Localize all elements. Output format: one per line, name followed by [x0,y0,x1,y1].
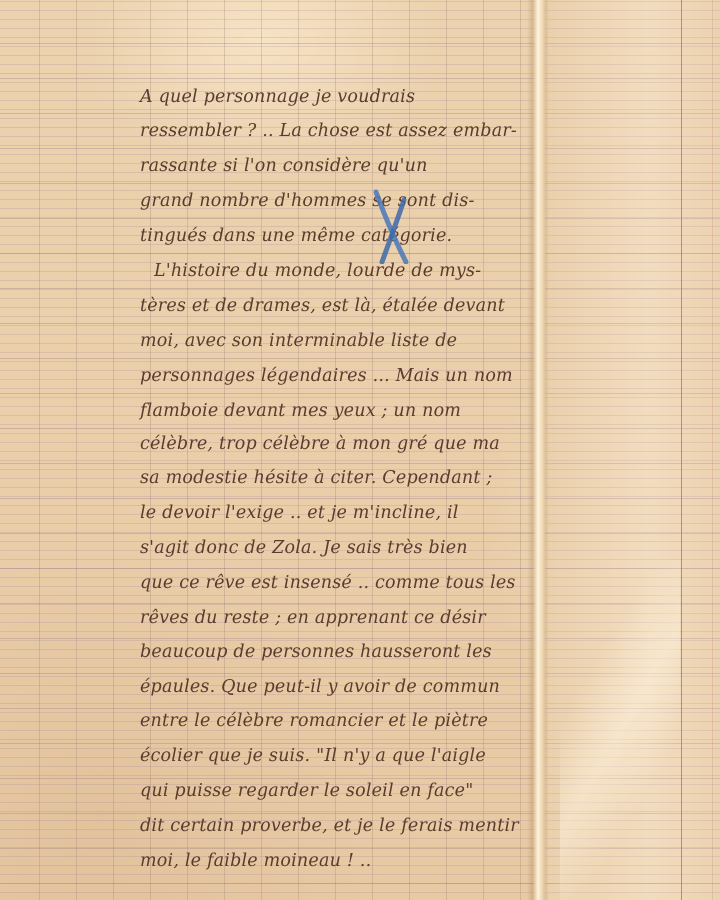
text-line: dit certain proverbe, et je le ferais me… [140,815,519,837]
text-line: que ce rêve est insensé .. comme tous le… [140,572,516,594]
text-line: tères et de drames, est là, étalée devan… [140,295,505,317]
text-line: écolier que je suis. "Il n'y a que l'aig… [140,745,486,767]
text-line: rêves du reste ; en apprenant ce désir [140,607,486,629]
text-line: entre le célèbre romancier et le piètre [140,710,488,732]
text-line: moi, le faible moineau ! .. [140,850,371,872]
text-line: sa modestie hésite à citer. Cependant ; [140,467,492,489]
notebook-page: A quel personnage je voudrais ressembler… [0,0,720,900]
text-line: grand nombre d'hommes se sont dis- [140,190,475,212]
handwritten-text: A quel personnage je voudrais ressembler… [140,0,535,900]
red-margin-line [681,0,682,900]
text-line: qui puisse regarder le soleil en face" [140,780,473,802]
text-line: épaules. Que peut-il y avoir de commun [140,676,500,698]
text-line: L'histoire du monde, lourde de mys- [154,260,481,282]
text-line: beaucoup de personnes hausseront les [140,641,492,663]
text-line: personnages légendaires ... Mais un nom [140,365,513,387]
text-line: ressembler ? .. La chose est assez embar… [140,120,517,142]
text-line: flamboie devant mes yeux ; un nom [140,400,461,422]
text-line: moi, avec son interminable liste de [140,330,457,352]
text-line: s'agit donc de Zola. Je sais très bien [140,537,468,559]
text-line: tingués dans une même catégorie. [140,225,452,247]
seyes-ruling-right [545,0,720,900]
text-line: célèbre, trop célèbre à mon gré que ma [140,433,500,455]
text-line: rassante si l'on considère qu'un [140,155,428,177]
text-line: le devoir l'exige .. et je m'incline, il [140,502,459,524]
right-sheet [545,0,720,900]
text-line: A quel personnage je voudrais [140,86,415,108]
right-edge-line [712,0,713,900]
